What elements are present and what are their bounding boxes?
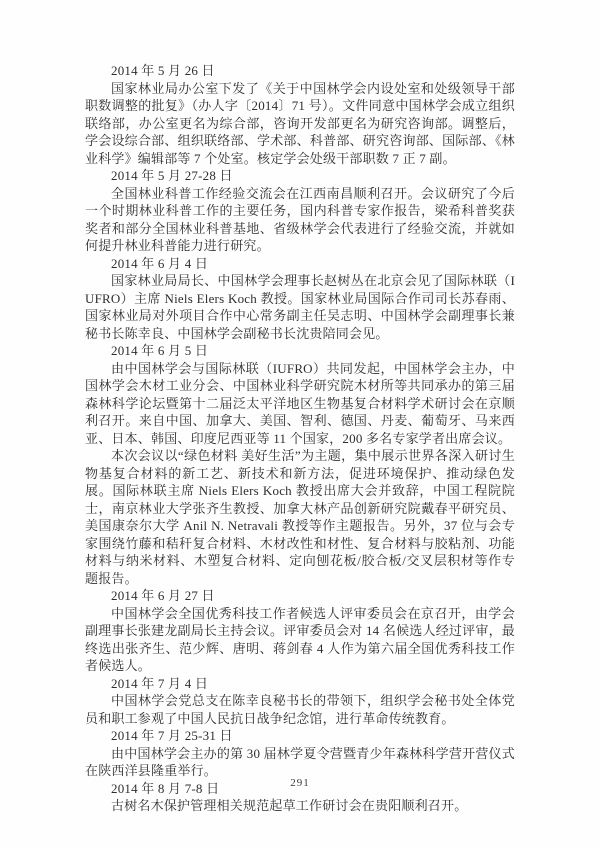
entry-date: 2014 年 7 月 4 日 bbox=[85, 675, 515, 693]
page-number: 291 bbox=[0, 777, 600, 789]
entry-paragraph: 国家林业局办公室下发了《关于中国林学会内设处室和处级领导干部职数调整的批复》（办… bbox=[85, 80, 515, 168]
entry-paragraph: 中国林学会党总支在陈幸良秘书长的带领下，组织学会秘书处全体党员和职工参观了中国人… bbox=[85, 692, 515, 727]
entry-date: 2014 年 5 月 26 日 bbox=[85, 62, 515, 80]
entry-paragraph: 古树名木保护管理相关规范起草工作研讨会在贵阳顺利召开。 bbox=[85, 797, 515, 815]
entry-paragraph: 全国林业科普工作经验交流会在江西南昌顺利召开。会议研究了今后一个时期林业科普工作… bbox=[85, 185, 515, 255]
document-page: 2014 年 5 月 26 日国家林业局办公室下发了《关于中国林学会内设处室和处… bbox=[0, 0, 600, 848]
entry-paragraph: 国家林业局局长、中国林学会理事长赵树丛在北京会见了国际林联（IUFRO）主席 N… bbox=[85, 272, 515, 342]
entry-paragraph: 由中国林学会主办的第 30 届林学夏令营暨青少年森林科学营开营仪式在陕西洋县隆重… bbox=[85, 745, 515, 780]
entry-date: 2014 年 5 月 27-28 日 bbox=[85, 167, 515, 185]
entry-paragraph: 本次会议以“绿色材料 美好生活”为主题，集中展示世界各深入研讨生物基复合材料的新… bbox=[85, 447, 515, 587]
entry-date: 2014 年 6 月 27 日 bbox=[85, 587, 515, 605]
entry-date: 2014 年 7 月 25-31 日 bbox=[85, 727, 515, 745]
entry-paragraph: 中国林学会全国优秀科技工作者候选人评审委员会在京召开，由学会副理事长张建龙副局长… bbox=[85, 605, 515, 675]
entry-paragraph: 由中国林学会与国际林联（IUFRO）共同发起，中国林学会主办，中国林学会木材工业… bbox=[85, 360, 515, 448]
document-content: 2014 年 5 月 26 日国家林业局办公室下发了《关于中国林学会内设处室和处… bbox=[85, 62, 515, 815]
entry-date: 2014 年 6 月 5 日 bbox=[85, 342, 515, 360]
entry-date: 2014 年 6 月 4 日 bbox=[85, 255, 515, 273]
